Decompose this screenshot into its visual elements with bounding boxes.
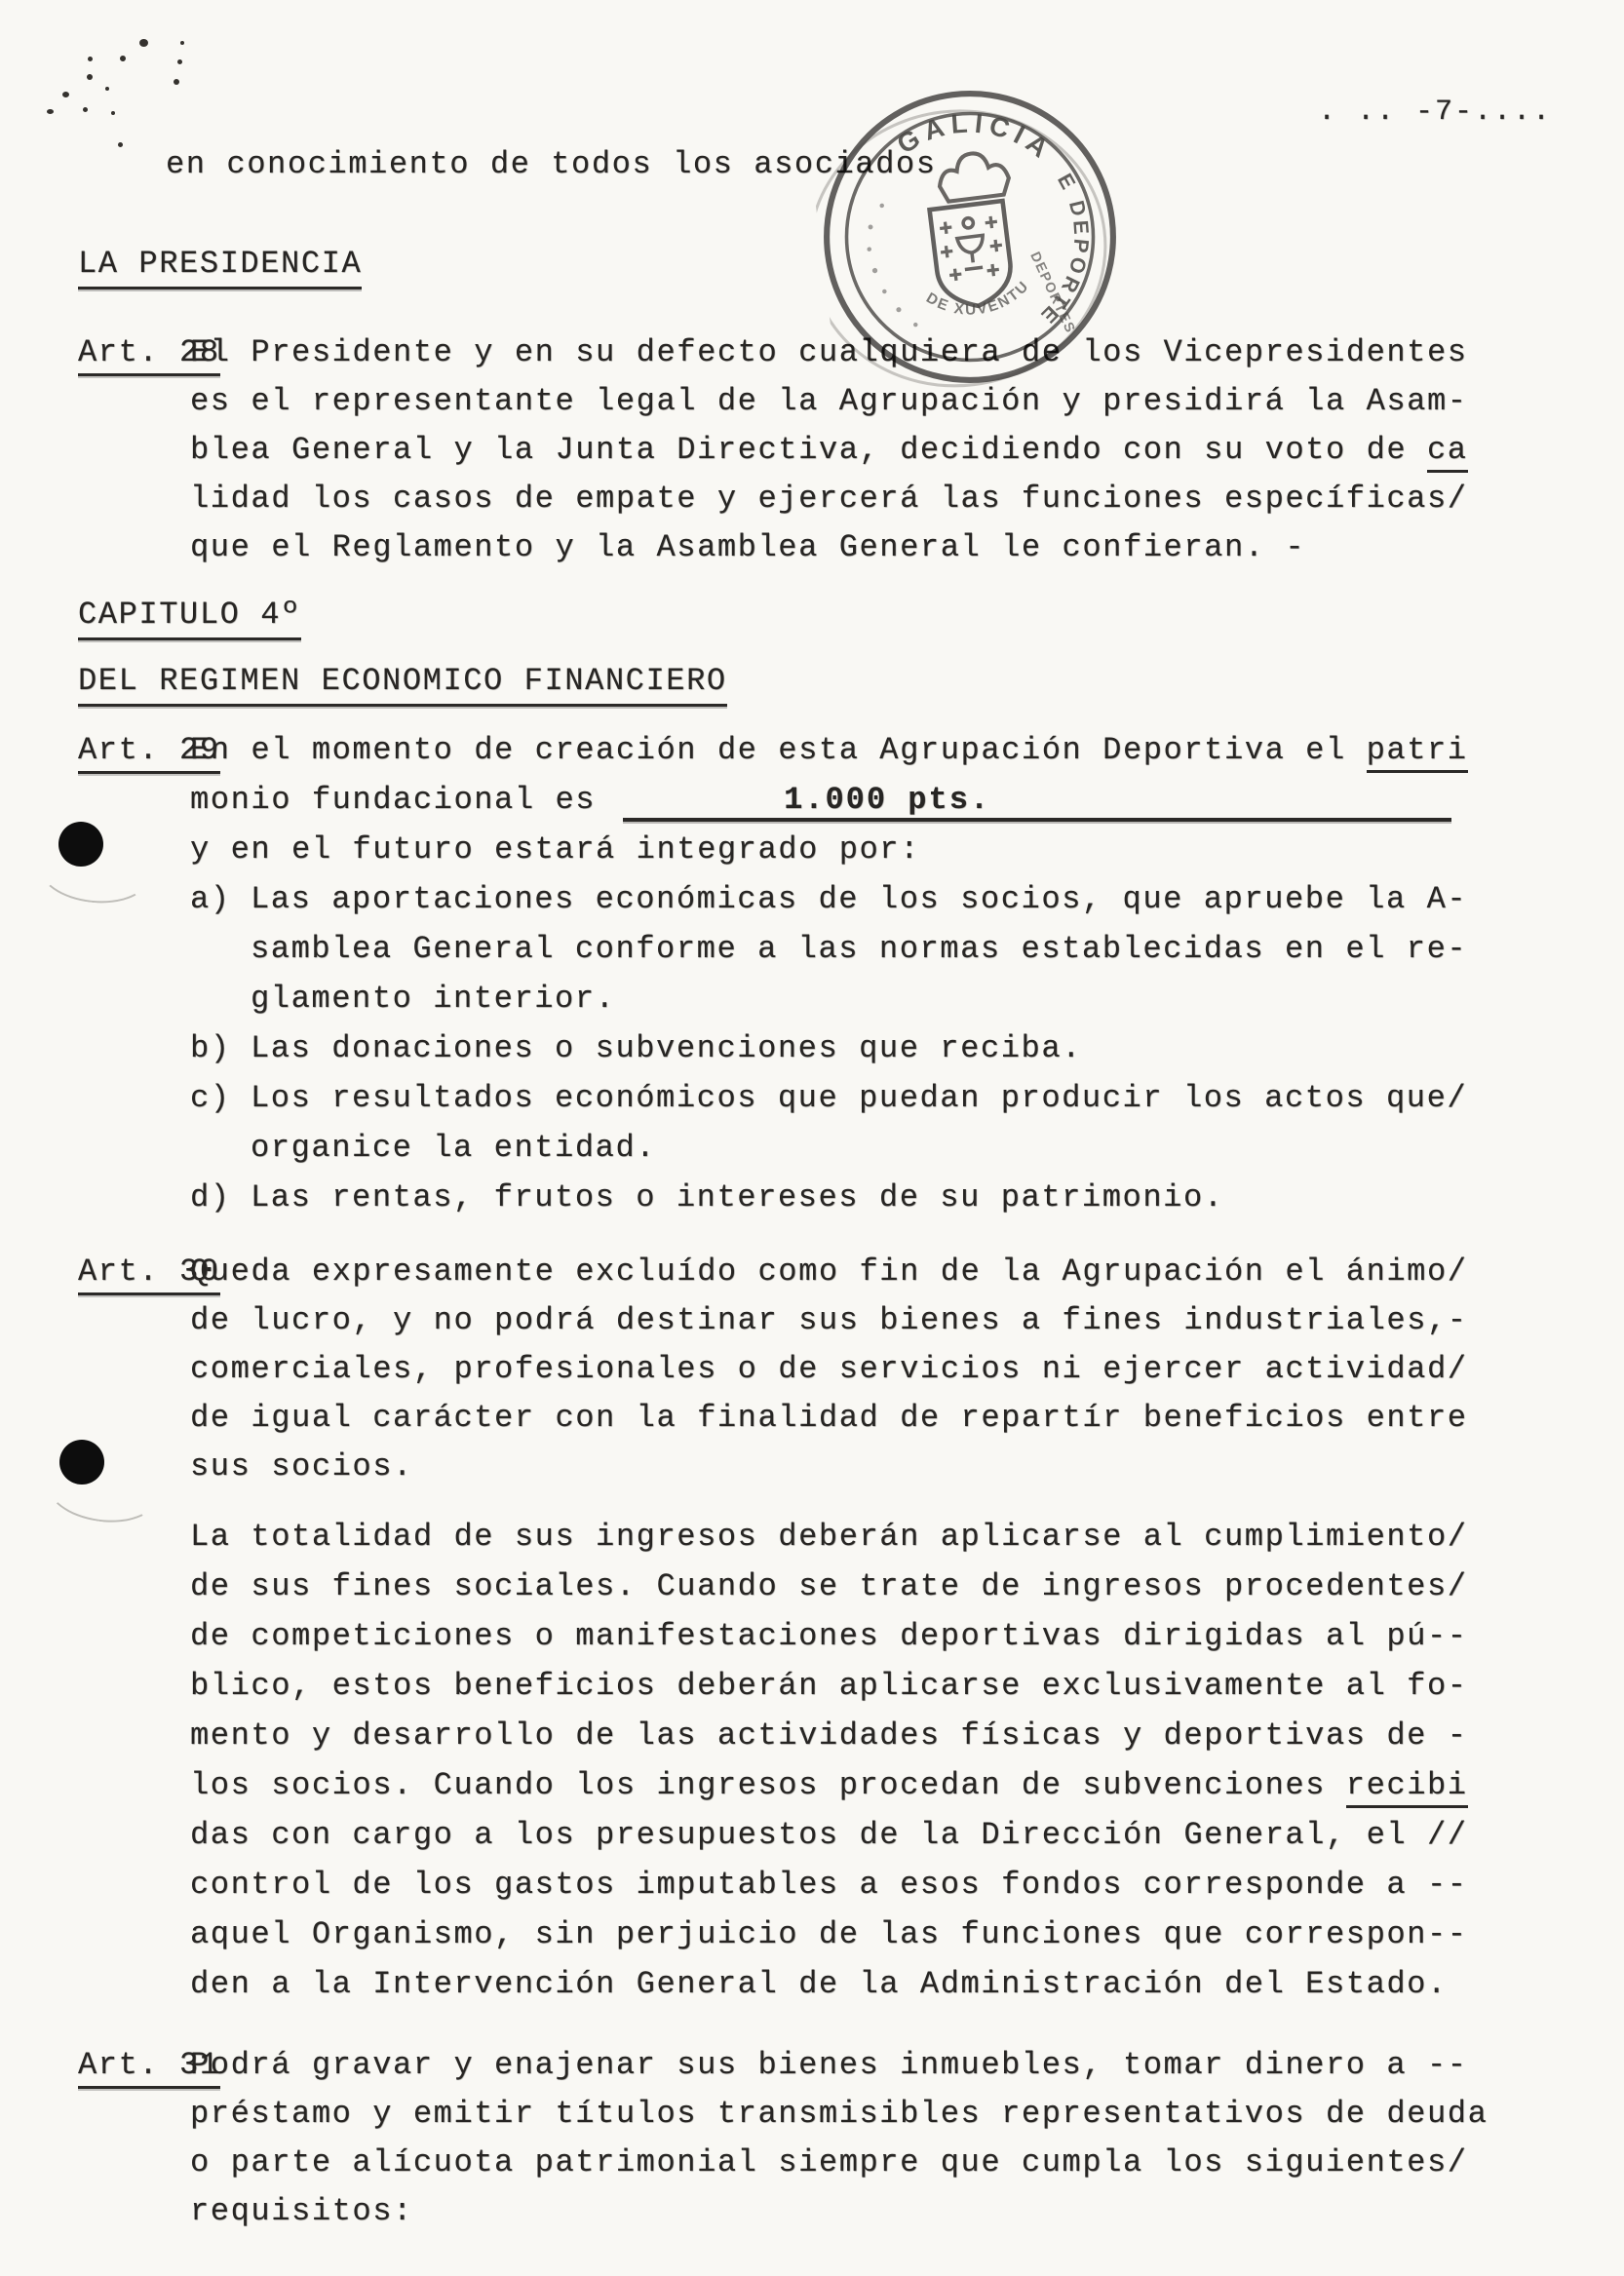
article-31-line: préstamo y emitir títulos transmisibles … [190, 2096, 1496, 2144]
list-item-line: organice la entidad. [251, 1130, 1496, 1179]
list-letter: a) [190, 881, 231, 917]
article-31-line: o parte alícuota patrimonial siempre que… [190, 2144, 1496, 2193]
list-item-line: Los resultados económicos que puedan pro… [251, 1080, 1496, 1130]
article-31-line: requisitos: [190, 2193, 1496, 2242]
list-letter: d) [190, 1179, 231, 1215]
article-31-line: Podrá gravar y enajenar sus bienes inmue… [190, 2047, 1496, 2096]
article-30-line: La totalidad de sus ingresos deberán apl… [190, 1519, 1496, 1568]
list-letter: b) [190, 1030, 231, 1066]
article-30-paragraph-2: La totalidad de sus ingresos deberán apl… [78, 1519, 1521, 2016]
article-29: Art. 29 En el momento de creación de est… [78, 732, 1521, 1229]
article-30-line: los socios. Cuando los ingresos procedan… [190, 1767, 1496, 1817]
stamp-chalice [954, 216, 986, 270]
list-item-c: c) Los resultados económicos que puedan … [190, 1080, 1496, 1179]
list-item-a: a) Las aportaciones económicas de los so… [190, 881, 1496, 1030]
section-heading-presidencia: LA PRESIDENCIA [78, 246, 362, 289]
article-30-line: sus socios. [190, 1448, 1496, 1497]
article-29-line: monio fundacional es1.000 pts. [190, 782, 1496, 831]
article-30-line: de igual carácter con la finalidad de re… [190, 1400, 1496, 1448]
article-28-line: que el Reglamento y la Asamblea General … [190, 529, 1496, 578]
underlined-syllable: patri [1367, 732, 1468, 773]
stamp-crown [936, 149, 1010, 202]
scanned-document-page: . .. -7-.... en conocimiento de todos lo… [0, 0, 1624, 2276]
article-30-line: blico, estos beneficios deberán aplicars… [190, 1668, 1496, 1717]
article-30-line: comerciales, profesionales o de servicio… [190, 1351, 1496, 1400]
blank-fill-line: 1.000 pts. [623, 782, 1451, 822]
list-letter: c) [190, 1080, 231, 1116]
article-28-line: lidad los casos de empate y ejercerá las… [190, 481, 1496, 529]
galicia-rubber-stamp: GALICIA - E DEPORTES DE XUVENTU DEPORTES [803, 70, 1136, 403]
article-31: Art. 31 Podrá gravar y enajenar sus bien… [78, 2047, 1521, 2242]
article-30-line: mento y desarrollo de las actividades fí… [190, 1717, 1496, 1767]
article-28: Art. 28 El Presidente y en su defecto cu… [78, 334, 1521, 578]
underlined-syllable: ca [1427, 432, 1468, 473]
page-number: . .. -7-.... [1318, 96, 1552, 129]
list-item-d: d) Las rentas, frutos o intereses de su … [190, 1179, 1496, 1229]
patrimony-value: 1.000 pts. [784, 782, 990, 818]
section-heading-regimen: DEL REGIMEN ECONOMICO FINANCIERO [78, 663, 727, 707]
list-item-line: Las rentas, frutos o intereses de su pat… [251, 1179, 1496, 1229]
list-item-line: samblea General conforme a las normas es… [251, 931, 1496, 981]
article-29-line: y en el futuro estará integrado por: [190, 831, 1496, 881]
article-30-line: den a la Intervención General de la Admi… [190, 1966, 1496, 2016]
article-30-line: de lucro, y no podrá destinar sus bienes… [190, 1302, 1496, 1351]
underlined-syllable: recibi [1346, 1767, 1468, 1808]
article-30-line: Queda expresamente excluído como fin de … [190, 1254, 1496, 1302]
article-30-line: de sus fines sociales. Cuando se trate d… [190, 1568, 1496, 1618]
article-28-line: blea General y la Junta Directiva, decid… [190, 432, 1496, 481]
list-item-line: Las donaciones o subvenciones que reciba… [251, 1030, 1496, 1080]
list-item-line: glamento interior. [251, 981, 1496, 1030]
article-30: Art. 30 Queda expresamente excluído como… [78, 1254, 1521, 1497]
article-30-line: control de los gastos imputables a esos … [190, 1867, 1496, 1916]
article-30-line: aquel Organismo, sin perjuicio de las fu… [190, 1916, 1496, 1966]
list-item-line: Las aportaciones económicas de los socio… [251, 881, 1496, 931]
article-30-line: de competiciones o manifestaciones depor… [190, 1618, 1496, 1668]
article-29-line: En el momento de creación de esta Agrupa… [190, 732, 1496, 782]
article-30-line: das con cargo a los presupuestos de la D… [190, 1817, 1496, 1867]
chapter-heading: CAPITULO 4º [78, 597, 301, 640]
list-item-b: b) Las donaciones o subvenciones que rec… [190, 1030, 1496, 1080]
